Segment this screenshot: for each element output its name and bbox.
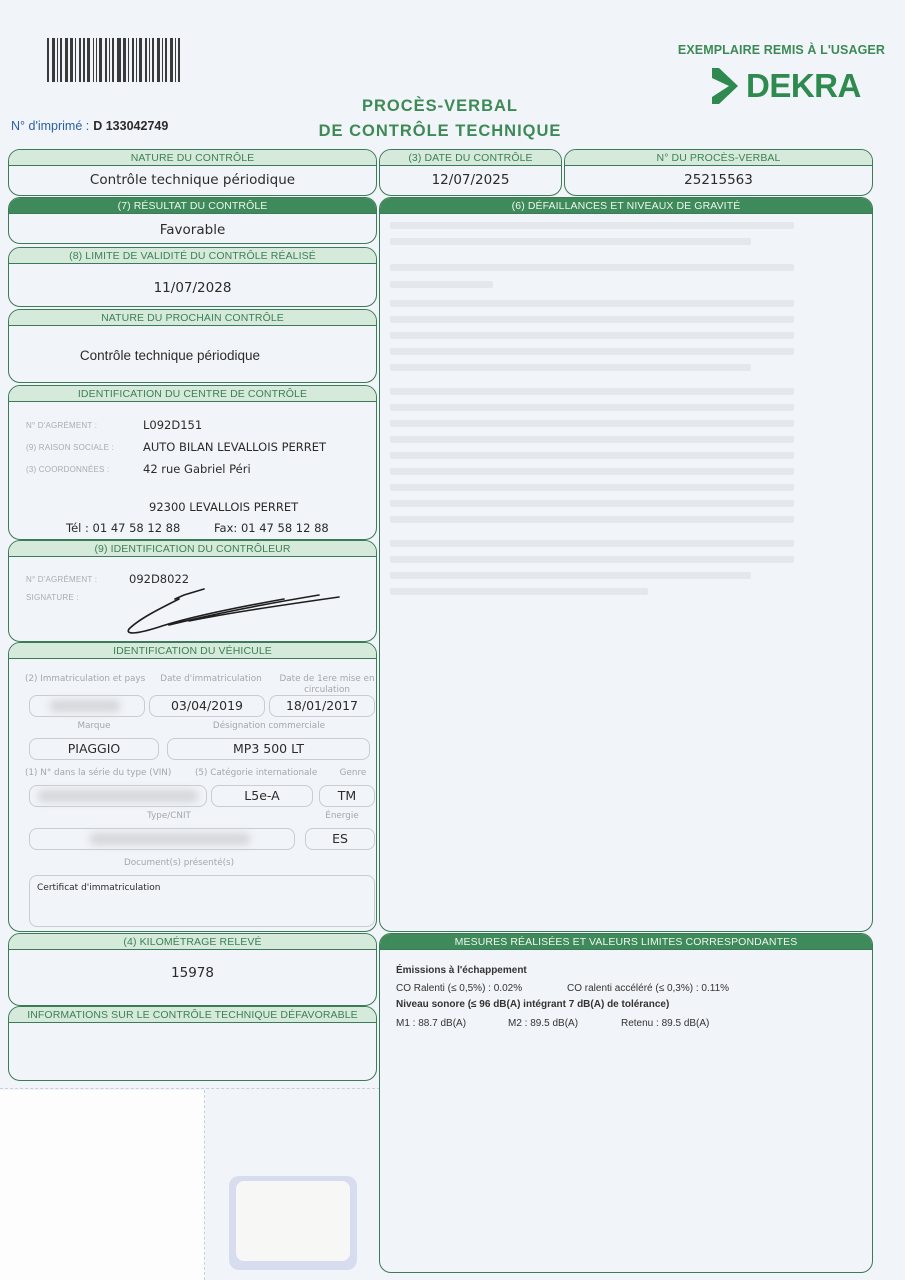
barcode: [47, 38, 231, 82]
date-controle-header: (3) DATE DU CONTRÔLE: [380, 150, 561, 166]
premiere-mise-label: Date de 1ere mise en circulation: [279, 674, 375, 696]
mesures-header: MESURES RÉALISÉES ET VALEURS LIMITES COR…: [380, 934, 872, 950]
mesure-m2: M2 : 89.5 dB(A): [508, 1018, 578, 1029]
co-ralenti: CO Ralenti (≤ 0,5%) : 0.02%: [396, 983, 522, 994]
hologram-window: [236, 1181, 350, 1261]
dekra-arrow-icon: [710, 66, 740, 106]
resultat-value: Favorable: [9, 222, 376, 238]
dekra-logo: DEKRA: [710, 66, 861, 106]
centre-tel: Tél : 01 47 58 12 88: [66, 521, 180, 535]
centre-fax: Fax: 01 47 58 12 88: [214, 521, 329, 535]
prochain-controle-value: Contrôle technique périodique: [8, 348, 376, 363]
centre-address-line2: 92300 LEVALLOIS PERRET: [149, 500, 298, 514]
detached-stub: [0, 1090, 205, 1280]
categorie-field: L5e-A: [211, 785, 313, 807]
signature-image: [119, 581, 359, 641]
nature-controle-value: Contrôle technique périodique: [9, 172, 376, 188]
date-controle-box: (3) DATE DU CONTRÔLE 12/07/2025: [379, 149, 562, 196]
sonore-title: Niveau sonore (≤ 96 dB(A) intégrant 7 dB…: [396, 999, 669, 1010]
defaillances-header: (6) DÉFAILLANCES ET NIVEAUX DE GRAVITÉ: [380, 198, 872, 214]
genre-label: Genre: [333, 768, 373, 778]
controleur-box: (9) IDENTIFICATION DU CONTRÔLEUR N° D'AG…: [8, 540, 377, 642]
vehicule-header: IDENTIFICATION DU VÉHICULE: [9, 643, 376, 659]
kilometrage-box: (4) KILOMÉTRAGE RELEVÉ 15978: [8, 933, 377, 1006]
documents-label: Document(s) présenté(s): [79, 858, 279, 868]
immat-label: (2) Immatriculation et pays: [25, 674, 155, 684]
signature-label: SIGNATURE :: [26, 593, 79, 602]
genre-field: TM: [319, 785, 375, 807]
nature-controle-header: NATURE DU CONTRÔLE: [9, 150, 376, 166]
print-number-value: D 133042749: [93, 119, 168, 133]
mesure-retenu: Retenu : 89.5 dB(A): [621, 1018, 709, 1029]
limite-validite-value: 11/07/2028: [9, 280, 376, 296]
resultat-header: (7) RÉSULTAT DU CONTRÔLE: [9, 198, 376, 214]
co-accelere: CO ralenti accéléré (≤ 0,3%) : 0.11%: [567, 983, 729, 994]
limite-validite-header: (8) LIMITE DE VALIDITÉ DU CONTRÔLE RÉALI…: [9, 248, 376, 264]
date-controle-value: 12/07/2025: [380, 172, 561, 188]
mesure-m1: M1 : 88.7 dB(A): [396, 1018, 466, 1029]
mesures-box: MESURES RÉALISÉES ET VALEURS LIMITES COR…: [379, 933, 873, 1273]
numero-pv-header: N° DU PROCÈS-VERBAL: [565, 150, 872, 166]
numero-pv-value: 25215563: [565, 172, 872, 188]
premiere-mise-field: 18/01/2017: [269, 695, 375, 717]
vin-label: (1) N° dans la série du type (VIN): [25, 768, 195, 778]
type-cnit-field: [29, 828, 295, 850]
documents-field: Certificat d'immatriculation: [29, 875, 375, 927]
defaillances-box: (6) DÉFAILLANCES ET NIVEAUX DE GRAVITÉ: [379, 197, 873, 932]
centre-agrement-label: N° D'AGRÉMENT :: [26, 421, 97, 430]
categorie-label: (5) Catégorie internationale: [195, 768, 335, 778]
limite-validite-box: (8) LIMITE DE VALIDITÉ DU CONTRÔLE RÉALI…: [8, 247, 377, 307]
date-immat-label: Date d'immatriculation: [151, 674, 271, 684]
kilometrage-value: 15978: [9, 965, 376, 981]
defavorable-header: INFORMATIONS SUR LE CONTRÔLE TECHNIQUE D…: [9, 1007, 376, 1023]
centre-coord-label: (3) COORDONNÉES :: [26, 465, 109, 474]
prochain-controle-box: NATURE DU PROCHAIN CONTRÔLE Contrôle tec…: [8, 309, 377, 383]
vehicule-box: IDENTIFICATION DU VÉHICULE (2) Immatricu…: [8, 642, 377, 932]
centre-address-line1: 42 rue Gabriel Péri: [143, 462, 251, 476]
controleur-agrement-label: N° D'AGRÉMENT :: [26, 575, 97, 584]
marque-label: Marque: [29, 721, 159, 731]
copy-label: EXEMPLAIRE REMIS À L'USAGER: [678, 43, 885, 57]
centre-header: IDENTIFICATION DU CENTRE DE CONTRÔLE: [9, 386, 376, 402]
controleur-header: (9) IDENTIFICATION DU CONTRÔLEUR: [9, 541, 376, 557]
emissions-title: Émissions à l'échappement: [396, 965, 527, 976]
date-immat-field: 03/04/2019: [149, 695, 265, 717]
type-cnit-label: Type/CNIT: [109, 811, 229, 821]
document-title-line2: DE CONTRÔLE TECHNIQUE: [300, 122, 580, 141]
centre-raison-value: AUTO BILAN LEVALLOIS PERRET: [143, 440, 326, 454]
centre-raison-label: (9) RAISON SOCIALE :: [26, 443, 114, 452]
immat-field: [29, 695, 145, 717]
defavorable-box: INFORMATIONS SUR LE CONTRÔLE TECHNIQUE D…: [8, 1006, 377, 1081]
document-title-line1: PROCÈS-VERBAL: [300, 97, 580, 116]
prochain-controle-header: NATURE DU PROCHAIN CONTRÔLE: [9, 310, 376, 326]
designation-label: Désignation commerciale: [169, 721, 369, 731]
designation-field: MP3 500 LT: [167, 738, 370, 760]
tear-line: [0, 1088, 380, 1089]
centre-box: IDENTIFICATION DU CENTRE DE CONTRÔLE N° …: [8, 385, 377, 540]
resultat-box: (7) RÉSULTAT DU CONTRÔLE Favorable: [8, 197, 377, 244]
kilometrage-header: (4) KILOMÉTRAGE RELEVÉ: [9, 934, 376, 950]
numero-pv-box: N° DU PROCÈS-VERBAL 25215563: [564, 149, 873, 196]
marque-field: PIAGGIO: [29, 738, 159, 760]
centre-agrement-value: L092D151: [143, 418, 202, 432]
energie-label: Énergie: [309, 811, 375, 821]
nature-controle-box: NATURE DU CONTRÔLE Contrôle technique pé…: [8, 149, 377, 196]
energie-field: ES: [305, 828, 375, 850]
print-number: N° d'imprimé :D 133042749: [11, 119, 168, 133]
vin-field: [29, 785, 207, 807]
print-number-label: N° d'imprimé :: [11, 119, 89, 133]
brand-name: DEKRA: [746, 67, 861, 105]
